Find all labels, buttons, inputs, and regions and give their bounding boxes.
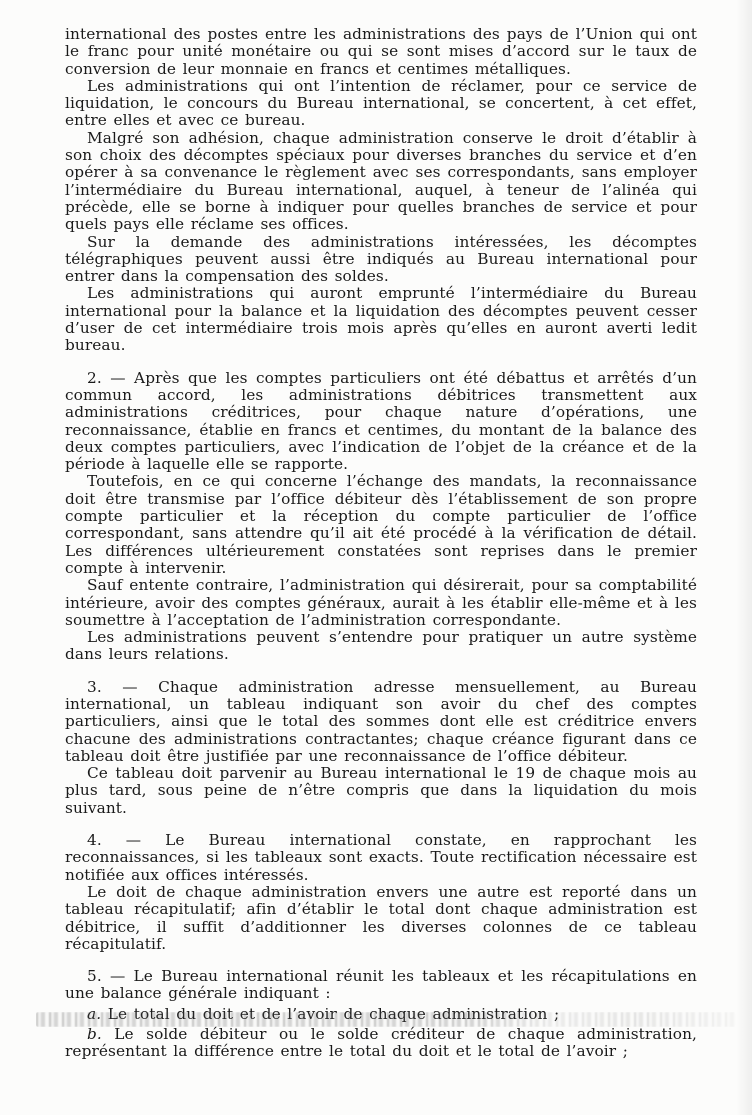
paragraph: Toutefois, en ce qui concerne l’échange … bbox=[65, 473, 697, 577]
section-number: 4. — bbox=[87, 831, 165, 849]
paragraph: Malgré son adhésion, chaque administrati… bbox=[65, 130, 697, 234]
paragraph: Ce tableau doit parvenir au Bureau inter… bbox=[65, 765, 697, 817]
scanned-document-page: { "page": { "ink_color": "#1a1a1a", "pap… bbox=[0, 0, 752, 1115]
section-paragraph: 3. — Chaque administration adresse mensu… bbox=[65, 679, 697, 765]
list-item-marker: b. bbox=[87, 1025, 114, 1043]
section-number: 2. — bbox=[87, 369, 134, 387]
section-number: 3. — bbox=[87, 678, 158, 696]
page-edge-shadow bbox=[736, 0, 752, 1115]
section-number: 5. — bbox=[87, 967, 134, 985]
section-paragraph: 5. — Le Bureau international réunit les … bbox=[65, 968, 697, 1003]
continuation-paragraph: international des postes entre les admin… bbox=[65, 26, 697, 78]
paragraph: Les administrations peuvent s’entendre p… bbox=[65, 629, 697, 664]
text-block: international des postes entre les admin… bbox=[65, 26, 697, 1061]
paragraph: Les administrations qui auront emprunté … bbox=[65, 285, 697, 354]
paragraph: Les administrations qui ont l’intention … bbox=[65, 78, 697, 130]
section-paragraph: 4. — Le Bureau international constate, e… bbox=[65, 832, 697, 884]
section-paragraph: 2. — Après que les comptes particuliers … bbox=[65, 370, 697, 474]
paragraph: Sauf entente contraire, l’administration… bbox=[65, 577, 697, 629]
paragraph: Le doit de chaque administration envers … bbox=[65, 884, 697, 953]
list-item-paragraph: b. Le solde débiteur ou le solde crédite… bbox=[65, 1026, 697, 1061]
paragraph: Sur la demande des administrations intér… bbox=[65, 234, 697, 286]
bleed-through-smudge bbox=[36, 1012, 736, 1027]
